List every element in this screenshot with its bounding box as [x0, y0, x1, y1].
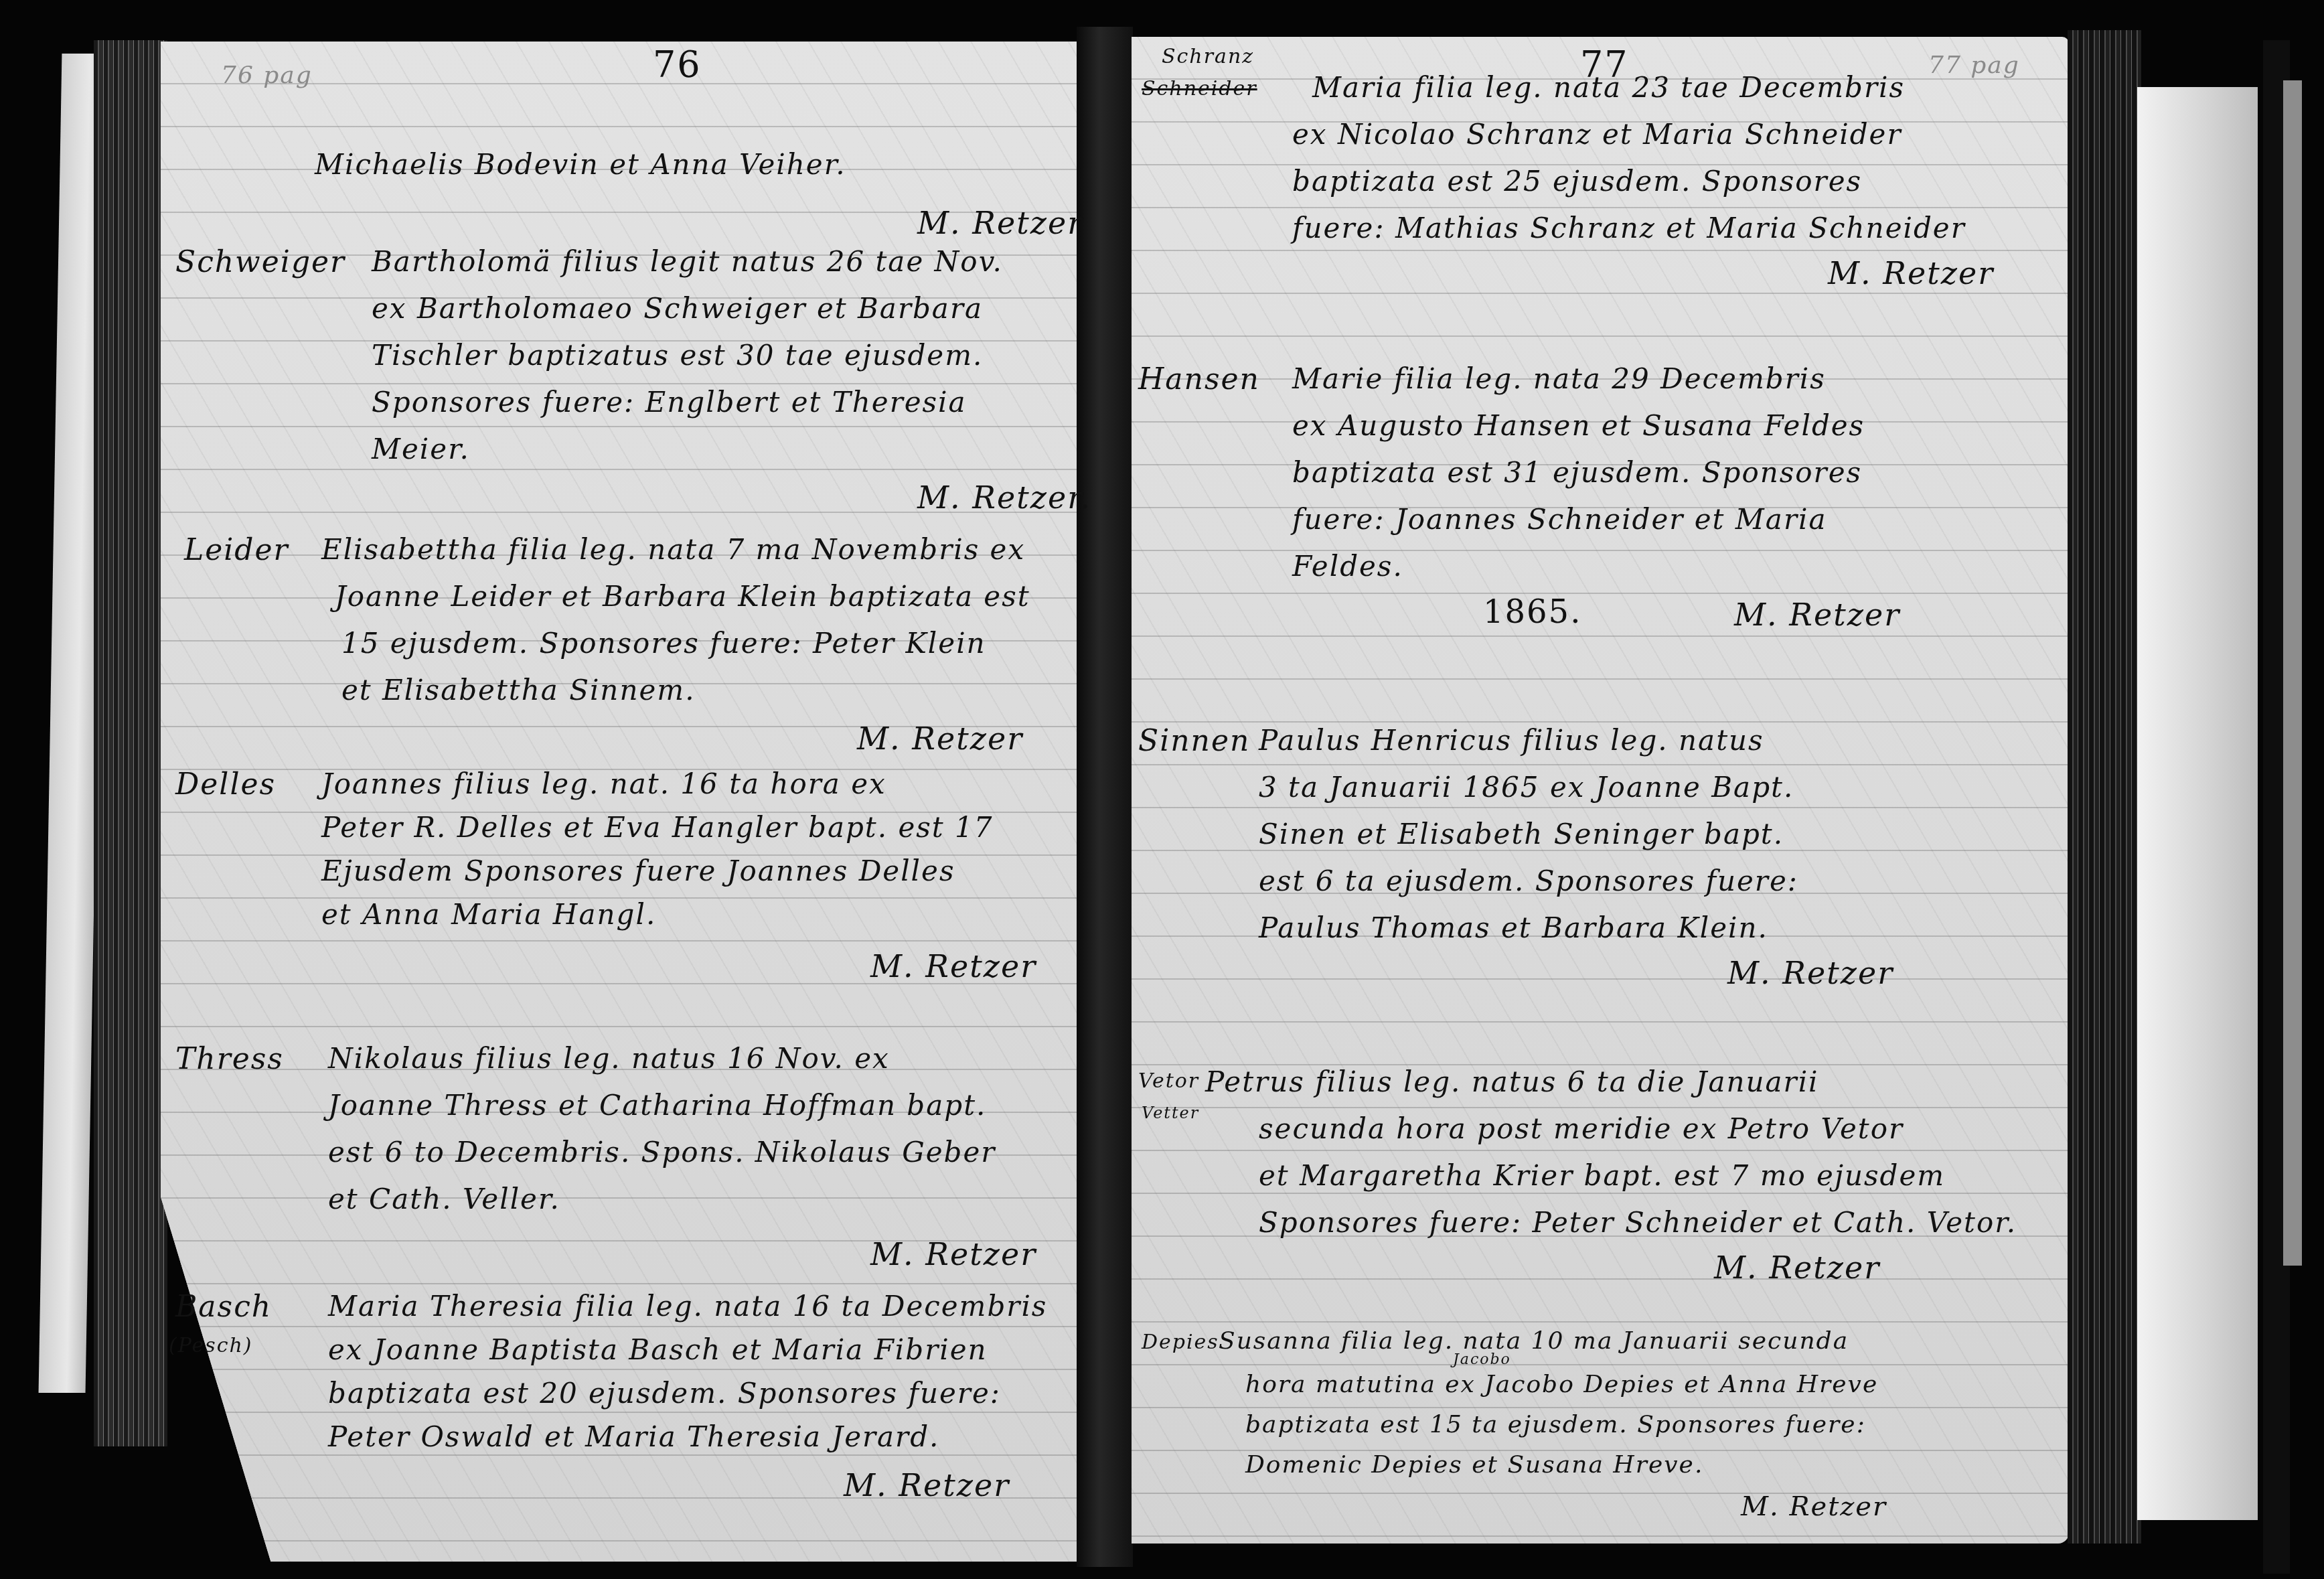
archive-page-mark: 77 pag [1928, 54, 2020, 78]
entry-surname: Hansen [1138, 365, 1260, 394]
entry-line: fuere: Joannes Schneider et Maria [1292, 506, 1827, 534]
page-block-left-edges [94, 40, 167, 1446]
entry-line: baptizata est 31 ejusdem. Sponsores [1292, 459, 1862, 487]
entry-line: Peter Oswald et Maria Theresia Jerard. [328, 1423, 939, 1451]
entry-surname: Schweiger [175, 248, 345, 277]
entry-line: Bartholomä filius legit natus 26 tae Nov… [372, 248, 1003, 276]
entry-surname: Basch [175, 1292, 272, 1322]
entry-line: Sponsores fuere: Peter Schneider et Cath… [1259, 1209, 2017, 1237]
entry-line: Joannes filius leg. nat. 16 ta hora ex [321, 770, 886, 798]
entry-line: Ejusdem Sponsores fuere Joannes Delles [321, 857, 955, 885]
entry-line: Domenic Depies et Susana Hreve. [1245, 1453, 1703, 1477]
entry-line: secunda hora post meridie ex Petro Vetor [1259, 1115, 1904, 1143]
interlinear-note: Jacobo [1453, 1353, 1511, 1367]
entry-line: Maria Theresia filia leg. nata 16 ta Dec… [328, 1292, 1047, 1321]
signature: M. Retzer [857, 723, 1023, 754]
archive-page-mark: 76 pag [221, 64, 313, 88]
entry-line: 15 ejusdem. Sponsores fuere: Peter Klein [341, 629, 986, 658]
signature: M. Retzer [870, 1239, 1036, 1270]
entry-line: Paulus Thomas et Barbara Klein. [1259, 914, 1768, 942]
entry-line: baptizata est 25 ejusdem. Sponsores [1292, 167, 1862, 196]
signature: M. Retzer [1828, 258, 1994, 289]
entry-line: Maria filia leg. nata 23 tae Decembris [1312, 74, 1905, 102]
entry-surname-note: Vetter [1142, 1105, 1199, 1121]
signature: M. Retzer [917, 208, 1083, 238]
entry-line: et Margaretha Krier bapt. est 7 mo ejusd… [1259, 1162, 1945, 1190]
entry-surname: Delles [175, 770, 276, 800]
signature: M. Retzer [1727, 958, 1893, 988]
entry-line: Petrus filius leg. natus 6 ta die Januar… [1205, 1068, 1819, 1096]
signature: M. Retzer. [917, 482, 1091, 513]
signature: M. Retzer [1734, 599, 1900, 630]
year-marker: 1865. [1483, 596, 1581, 628]
signature: M. Retzer [1714, 1252, 1880, 1283]
signature: M. Retzer [844, 1470, 1010, 1501]
entry-line: hora matutina ex Jacobo Depies et Anna H… [1245, 1373, 1878, 1397]
inserted-sheet [2137, 87, 2258, 1520]
entry-line: baptizata est 20 ejusdem. Sponsores fuer… [328, 1379, 1001, 1408]
entry-line: est 6 to Decembris. Spons. Nikolaus Gebe… [328, 1138, 996, 1167]
entry-line: Peter R. Delles et Eva Hangler bapt. est… [321, 814, 994, 842]
page-block-right-edges [2068, 30, 2141, 1544]
entry-line: Sponsores fuere: Englbert et Theresia [372, 388, 967, 417]
entry-line: fuere: Mathias Schranz et Maria Schneide… [1292, 214, 1966, 242]
entry-line: Nikolaus filius leg. natus 16 Nov. ex [328, 1045, 890, 1073]
page-number: 76 [653, 47, 702, 83]
entry-line: ex Bartholomaeo Schweiger et Barbara [372, 295, 983, 323]
inserted-strip [2283, 80, 2302, 1266]
entry-surname: Depies [1142, 1333, 1219, 1353]
entry-line: Joanne Leider et Barbara Klein baptizata… [335, 583, 1030, 611]
entry-line: ex Nicolao Schranz et Maria Schneider [1292, 121, 1902, 149]
signature: M. Retzer [1741, 1493, 1887, 1520]
entry-surname: Thress [175, 1045, 284, 1074]
entry-line: Tischler baptizatus est 30 tae ejusdem. [372, 342, 983, 370]
entry-line: Joanne Thress et Catharina Hoffman bapt. [328, 1092, 986, 1120]
entry-line: Susanna filia leg. nata 10 ma Januarii s… [1219, 1329, 1849, 1353]
entry-line: ex Joanne Baptista Basch et Maria Fibrie… [328, 1336, 988, 1364]
entry-surname: Sinnen [1138, 727, 1250, 756]
book-gutter [1077, 27, 1133, 1567]
entry-line: ex Augusto Hansen et Susana Feldes [1292, 412, 1865, 440]
entry-surname-struck: Schneider [1142, 79, 1257, 99]
entry-line: est 6 ta ejusdem. Sponsores fuere: [1259, 867, 1798, 895]
entry-line: baptizata est 15 ta ejusdem. Sponsores f… [1245, 1413, 1866, 1437]
entry-surname: Vetor [1138, 1071, 1199, 1092]
entry-line: et Elisabettha Sinnem. [341, 676, 695, 704]
entry-line: 3 ta Januarii 1865 ex Joanne Bapt. [1259, 773, 1794, 802]
entry-line: Marie filia leg. nata 29 Decembris [1292, 365, 1826, 393]
continuation-line: Michaelis Bodevin et Anna Veiher. [315, 151, 846, 179]
entry-line: Feldes. [1292, 552, 1403, 581]
entry-line: et Anna Maria Hangl. [321, 901, 656, 929]
entry-surname: Schranz [1162, 47, 1254, 67]
entry-line: Elisabettha filia leg. nata 7 ma Novembr… [321, 536, 1025, 564]
entry-line: et Cath. Veller. [328, 1185, 560, 1213]
entry-line: Meier. [372, 435, 470, 463]
entry-surname: Leider [184, 536, 289, 565]
entry-line: Sinen et Elisabeth Seninger bapt. [1259, 820, 1784, 848]
entry-line: Paulus Henricus filius leg. natus [1259, 727, 1764, 755]
entry-surname-note: (Pesch) [169, 1336, 253, 1356]
signature: M. Retzer [870, 951, 1036, 982]
